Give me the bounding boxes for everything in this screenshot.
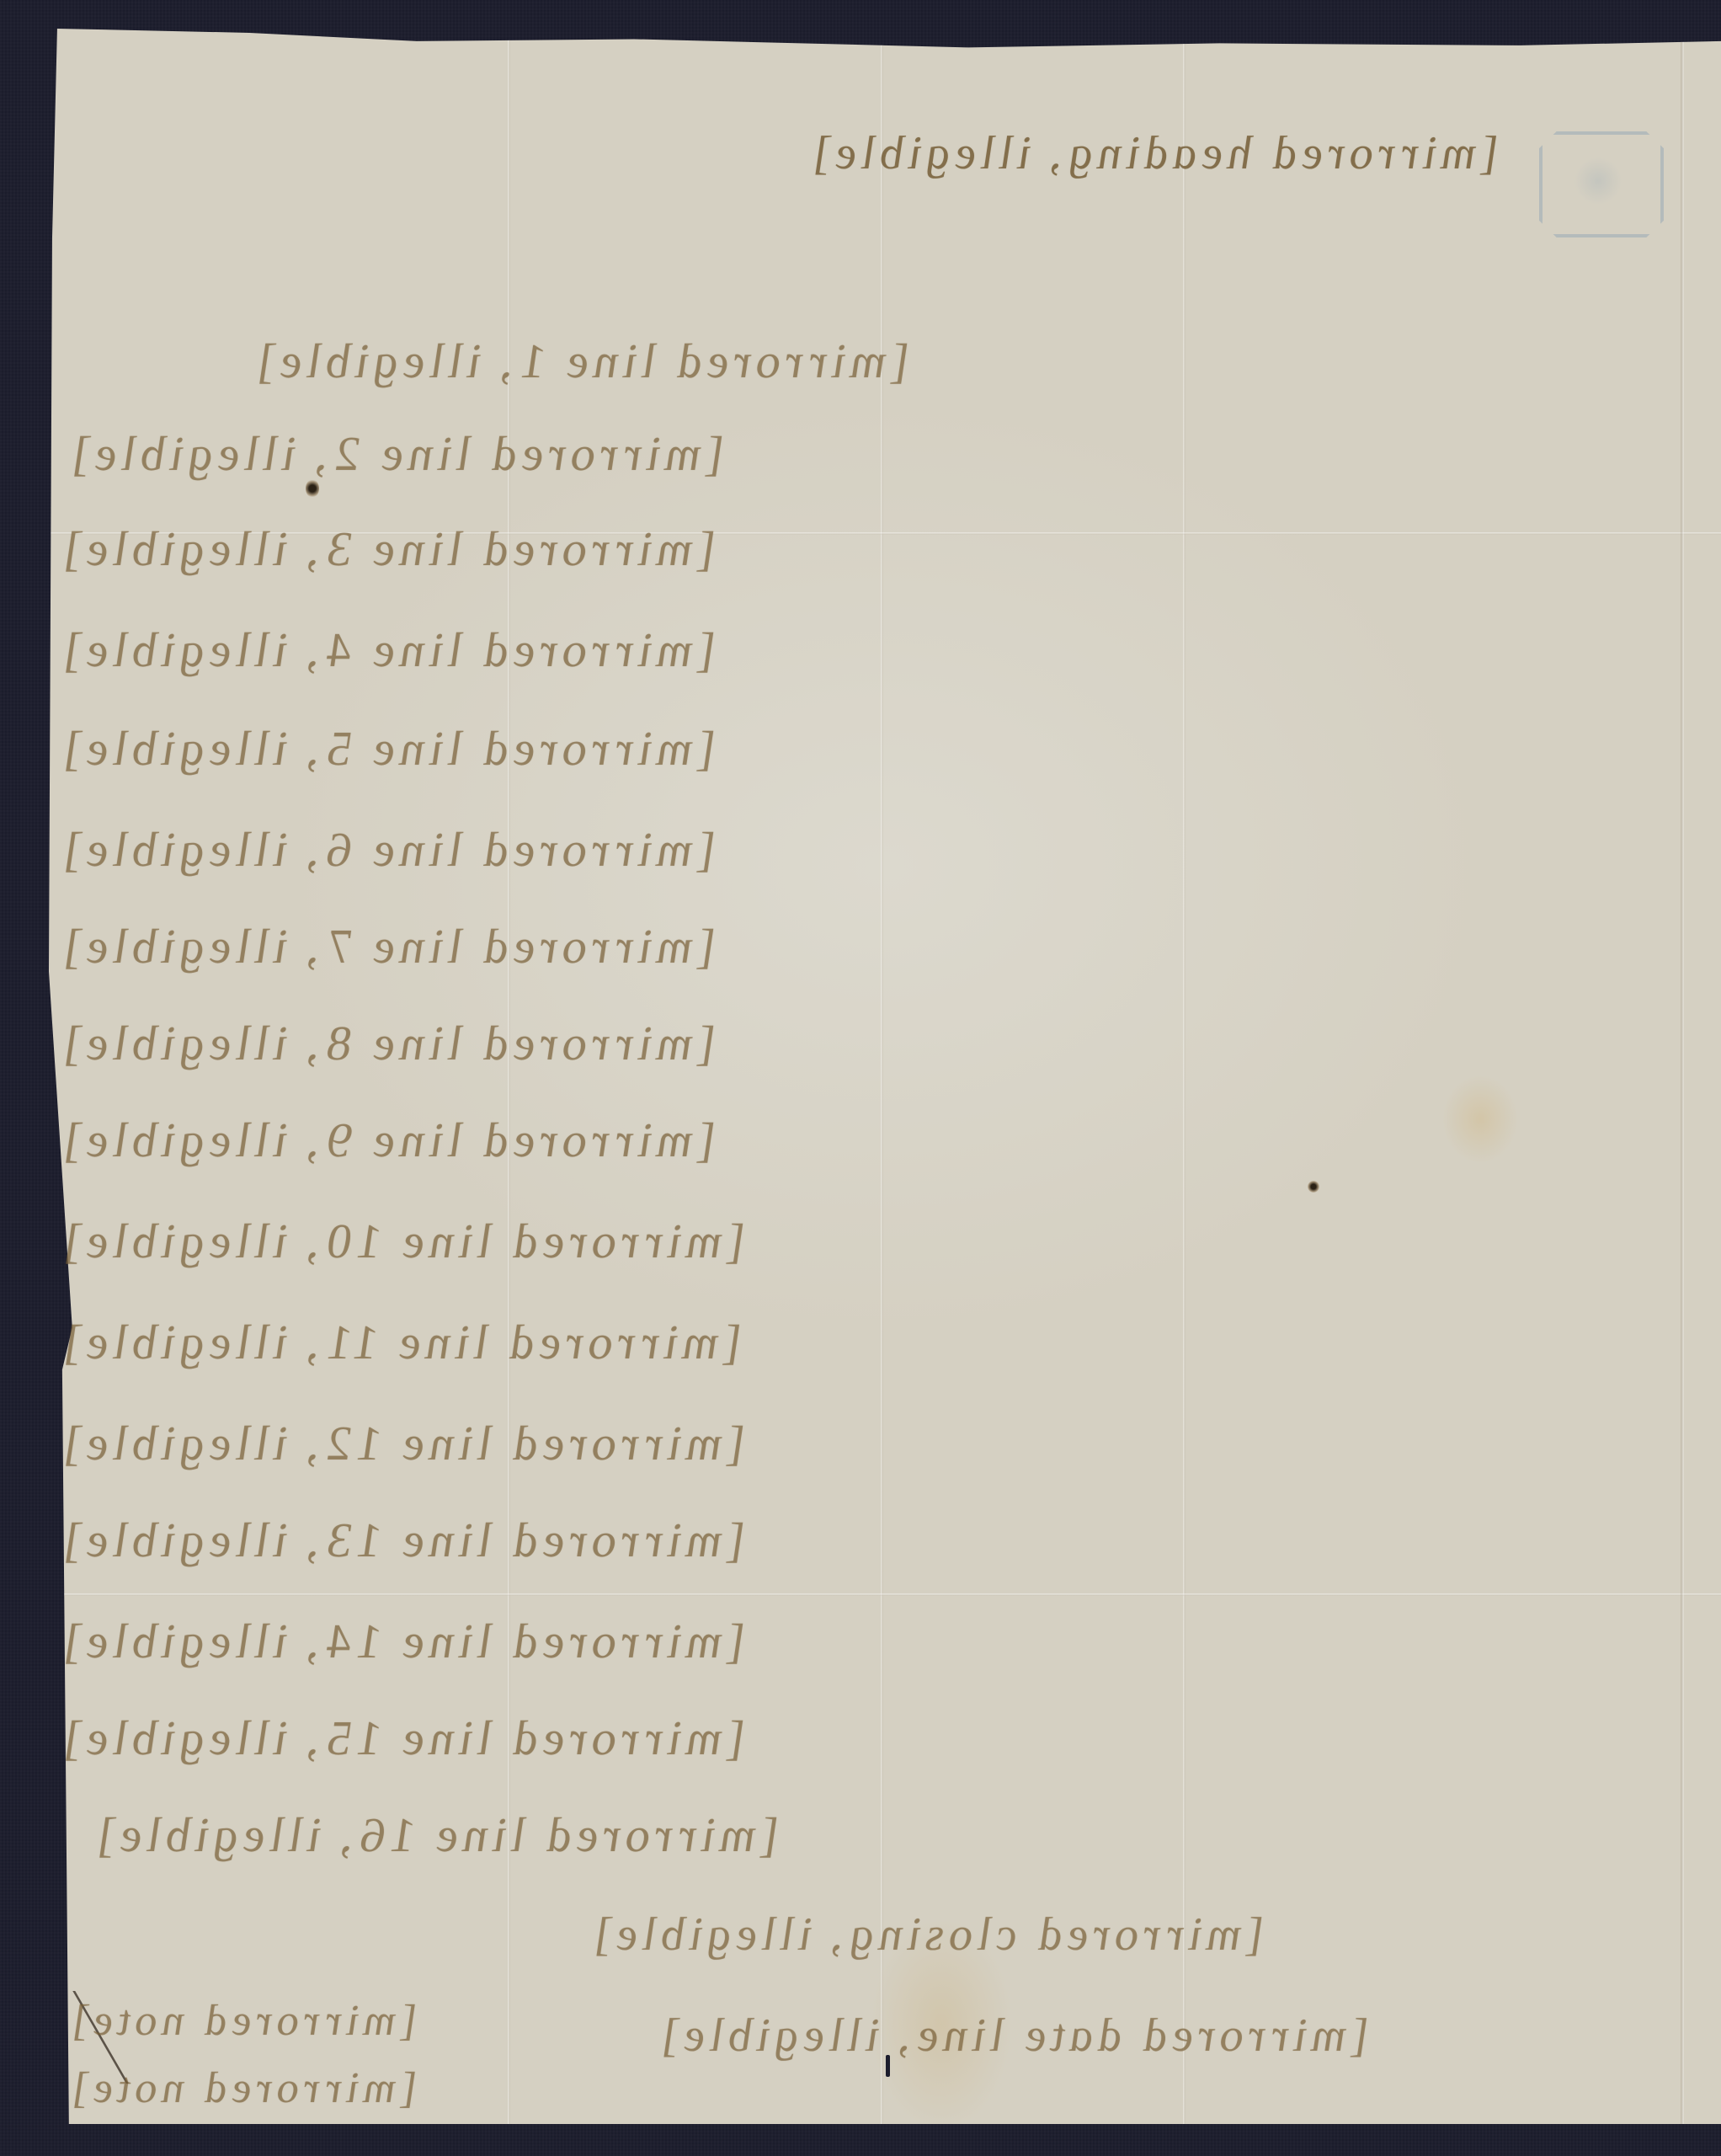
text-line: [mirrored line 10, illegible] [50, 1213, 756, 1269]
heading-line: [mirrored heading, illegible] [800, 126, 1509, 180]
text-line: [mirrored line 2, illegible] [58, 425, 735, 482]
text-line: [mirrored line 12, illegible] [50, 1415, 756, 1471]
text-line: [mirrored line 1, illegible] [243, 333, 920, 389]
text-line: [mirrored line 11, illegible] [50, 1314, 753, 1370]
text-line: [mirrored line 9, illegible] [50, 1112, 727, 1168]
text-line: [mirrored line 7, illegible] [50, 918, 727, 974]
text-line: [mirrored line 14, illegible] [50, 1613, 756, 1669]
corner-note: [mirrored note] [59, 1996, 426, 2046]
text-line: [mirrored line 5, illegible] [50, 720, 727, 776]
corner-note: [mirrored note] [59, 2063, 426, 2113]
text-line: [mirrored line 15, illegible] [50, 1710, 756, 1766]
text-line: [mirrored line 6, illegible] [50, 821, 727, 878]
bleed-through-text: [mirrored heading, illegible] [mirrored … [0, 0, 1721, 2156]
text-line: [mirrored line 8, illegible] [50, 1015, 727, 1071]
text-line: [mirrored line 13, illegible] [50, 1512, 756, 1568]
closing-line: [mirrored closing, illegible] [581, 1908, 1275, 1961]
text-line: [mirrored line 4, illegible] [50, 622, 727, 678]
text-line: [mirrored line 16, illegible] [83, 1806, 790, 1863]
text-line: [mirrored line 3, illegible] [50, 520, 727, 577]
date-line: [mirrored date line, illegible] [648, 2009, 1379, 2063]
